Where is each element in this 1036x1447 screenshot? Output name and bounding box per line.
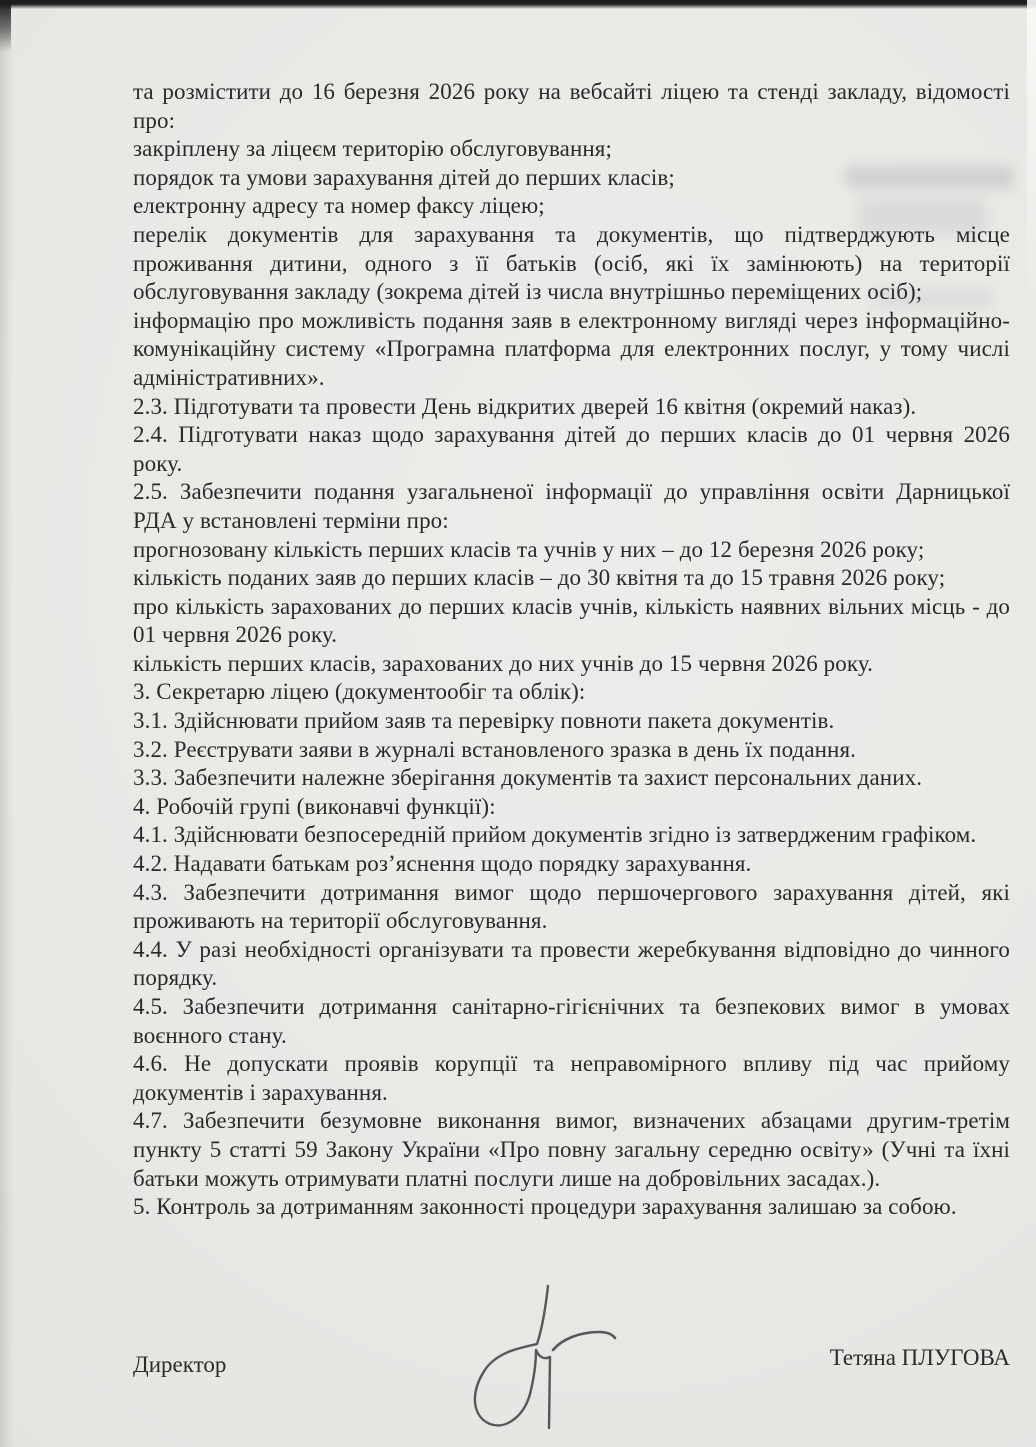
- paragraph: 2.5. Забезпечити подання узагальненої ін…: [133, 478, 1010, 535]
- paragraph: 4.2. Надавати батькам роз’яснення щодо п…: [133, 850, 1010, 879]
- scan-highlight-right: [1027, 0, 1036, 330]
- paragraph: закріплену за ліцеєм територію обслугову…: [133, 135, 1010, 164]
- scan-edge-top: [0, 0, 1036, 9]
- paragraph: 3.1. Здійснювати прийом заяв та перевірк…: [133, 707, 1010, 736]
- paragraph: 3.2. Реєструвати заяви в журналі встанов…: [133, 736, 1010, 765]
- paragraph: та розмістити до 16 березня 2026 року на…: [133, 78, 1010, 135]
- paragraph: 3.3. Забезпечити належне зберігання доку…: [133, 764, 1010, 793]
- paragraph: 4. Робочій групі (виконавчі функції):: [133, 793, 1010, 822]
- paragraph: порядок та умови зарахування дітей до пе…: [133, 164, 1010, 193]
- paragraph: 5. Контроль за дотриманням законності пр…: [133, 1193, 1010, 1222]
- paragraph: 4.4. У разі необхідності організувати та…: [133, 936, 1010, 993]
- paragraph: 4.3. Забезпечити дотримання вимог щодо п…: [133, 879, 1010, 936]
- scanned-page: та розмістити до 16 березня 2026 року на…: [0, 0, 1036, 1447]
- signature: [440, 1278, 630, 1438]
- paragraph: 4.1. Здійснювати безпосередній прийом до…: [133, 821, 1010, 850]
- paragraph: кількість перших класів, зарахованих до …: [133, 650, 1010, 679]
- paragraph: 2.3. Підготувати та провести День відкри…: [133, 393, 1010, 422]
- scan-shadow-left: [0, 0, 14, 1447]
- paragraph: 4.7. Забезпечити безумовне виконання вим…: [133, 1107, 1010, 1193]
- paragraph: 4.5. Забезпечити дотримання санітарно-гі…: [133, 993, 1010, 1050]
- paragraph: інформацію про можливість подання заяв в…: [133, 307, 1010, 393]
- paragraph: 4.6. Не допускати проявів корупції та не…: [133, 1050, 1010, 1107]
- director-label: Директор: [133, 1352, 226, 1378]
- signer-name: Тетяна ПЛУГОВА: [830, 1345, 1010, 1371]
- paragraph: кількість поданих заяв до перших класів …: [133, 564, 1010, 593]
- paragraph: електронну адресу та номер факсу ліцею;: [133, 192, 1010, 221]
- paragraph: 3. Секретарю ліцею (документообіг та обл…: [133, 678, 1010, 707]
- paragraph: 2.4. Підготувати наказ щодо зарахування …: [133, 421, 1010, 478]
- paragraph: прогнозовану кількість перших класів та …: [133, 536, 1010, 565]
- paragraph: перелік документів для зарахування та до…: [133, 221, 1010, 307]
- paragraph: про кількість зарахованих до перших клас…: [133, 593, 1010, 650]
- document-body: та розмістити до 16 березня 2026 року на…: [133, 78, 1010, 1222]
